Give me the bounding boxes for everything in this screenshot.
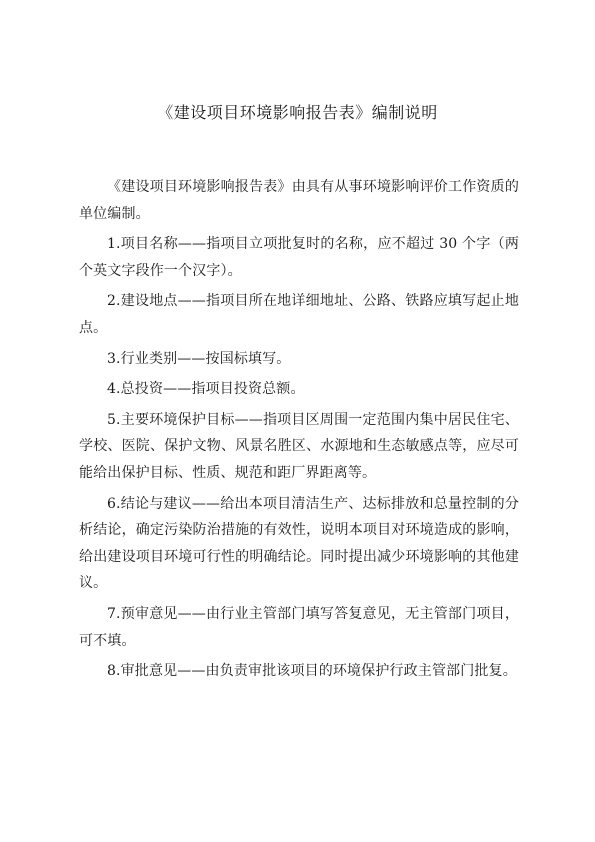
item-construction-site: 2.建设地点——指项目所在地详细地址、公路、铁路应填写起止地点。 (79, 288, 519, 341)
document-title: 《建设项目环境影响报告表》编制说明 (0, 103, 595, 123)
item-conclusions: 6.结论与建议——给出本项目清洁生产、达标排放和总量控制的分析结论，确定污染防治… (79, 491, 519, 597)
item-industry-category: 3.行业类别——按国标填写。 (79, 346, 519, 373)
item-pre-review: 7.预审意见——由行业主管部门填写答复意见，无主管部门项目，可不填。 (79, 601, 519, 654)
item-total-investment: 4.总投资——指项目投资总额。 (79, 376, 519, 403)
item-protection-targets: 5.主要环境保护目标——指项目区周围一定范围内集中居民住宅、学校、医院、保护文物… (79, 407, 519, 487)
item-approval: 8.审批意见——由负责审批该项目的环境保护行政主管部门批复。 (79, 658, 519, 685)
item-project-name: 1.项目名称——指项目立项批复时的名称，应不超过 30 个字（两个英文字段作一个… (79, 231, 519, 284)
intro-paragraph: 《建设项目环境影响报告表》由具有从事环境影响评价工作资质的单位编制。 (79, 174, 519, 227)
document-page: 《建设项目环境影响报告表》编制说明 《建设项目环境影响报告表》由具有从事环境影响… (0, 0, 595, 842)
document-body: 《建设项目环境影响报告表》由具有从事环境影响评价工作资质的单位编制。 1.项目名… (79, 174, 519, 689)
